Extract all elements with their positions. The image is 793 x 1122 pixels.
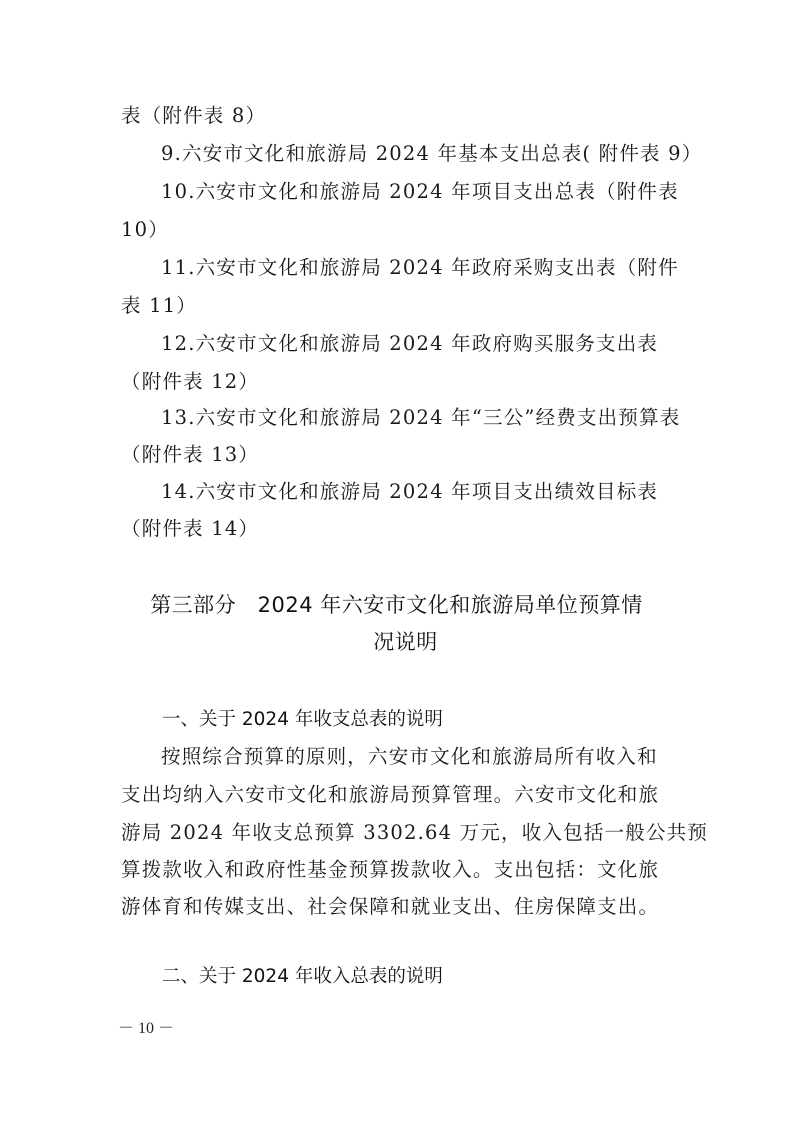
attachment-item-11: 11.六安市文化和旅游局 2024 年政府采购支出表（附件 xyxy=(161,255,679,281)
paragraph-line: 算拨款收入和政府性基金预算拨款收入。支出包括：文化旅 xyxy=(121,857,659,883)
part-three-title-line-1: 第三部分 2024 年六安市文化和旅游局单位预算情 xyxy=(0,591,793,619)
attachment-item-12-continuation: （附件表 12） xyxy=(121,369,259,395)
attachment-item-13-continuation: （附件表 13） xyxy=(121,442,259,468)
page-number: － 10 － xyxy=(118,1019,174,1039)
paragraph-line: 游局 2024 年收支总预算 3302.64 万元，收入包括一般公共预 xyxy=(121,820,708,846)
attachment-item-9: 9.六安市文化和旅游局 2024 年基本支出总表( 附件表 9） xyxy=(161,141,702,167)
section-two-heading: 二、关于 2024 年收入总表的说明 xyxy=(162,964,443,990)
attachment-item-10-continuation: 10） xyxy=(121,217,169,243)
attachment-item-10: 10.六安市文化和旅游局 2024 年项目支出总表（附件表 xyxy=(161,179,679,205)
section-one-heading: 一、关于 2024 年收支总表的说明 xyxy=(162,707,443,733)
paragraph-line: 支出均纳入六安市文化和旅游局预算管理。六安市文化和旅 xyxy=(121,782,659,808)
paragraph-line: 按照综合预算的原则，六安市文化和旅游局所有收入和 xyxy=(161,744,658,770)
attachment-item-14: 14.六安市文化和旅游局 2024 年项目支出绩效目标表 xyxy=(161,479,658,505)
attachment-item-8-continuation: 表（附件表 8） xyxy=(121,103,266,129)
attachment-item-11-continuation: 表 11） xyxy=(121,293,197,319)
attachment-item-13: 13.六安市文化和旅游局 2024 年“三公”经费支出预算表 xyxy=(161,405,680,431)
paragraph-line: 游体育和传媒支出、社会保障和就业支出、住房保障支出。 xyxy=(121,894,659,920)
part-three-title-line-2: 况说明 xyxy=(0,628,793,656)
attachment-item-12: 12.六安市文化和旅游局 2024 年政府购买服务支出表 xyxy=(161,331,658,357)
attachment-item-14-continuation: （附件表 14） xyxy=(121,516,259,542)
